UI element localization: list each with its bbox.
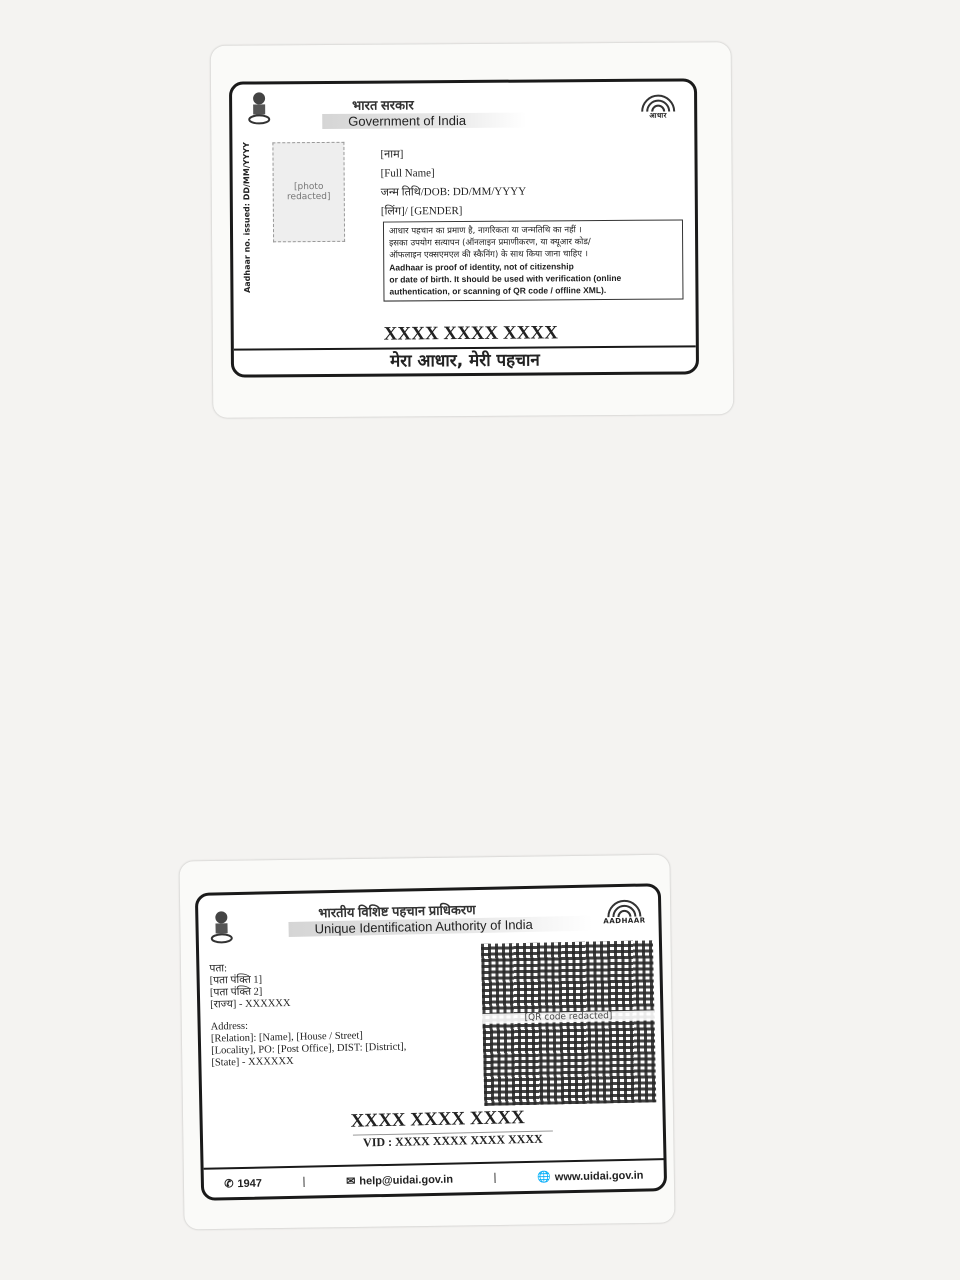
holder-details: [नाम] [Full Name] जन्म तिथि/DOB: DD/MM/Y… [380, 145, 526, 222]
header-banner: भारत सरकार Government of India [322, 95, 526, 129]
phone-icon: ✆ [224, 1178, 233, 1190]
website: 🌐www.uidai.gov.in [537, 1168, 644, 1183]
name-english: [Full Name] [381, 164, 527, 184]
issued-date-label: Aadhaar no. issued: DD/MM/YYYY [238, 142, 255, 292]
tagline: मेरा आधार, मेरी पहचान [234, 345, 696, 374]
globe-icon: 🌐 [537, 1171, 551, 1183]
name-hindi: [नाम] [380, 145, 526, 165]
aadhaar-logo-icon: आधार [636, 91, 680, 121]
date-of-birth: जन्म तिथि/DOB: DD/MM/YYYY [381, 183, 527, 203]
holder-photo: [photo redacted] [272, 142, 345, 243]
helpline: ✆1947 [224, 1176, 262, 1190]
aadhaar-logo-text: AADHAAR [602, 916, 646, 925]
aadhaar-logo-icon: AADHAAR [602, 896, 647, 927]
address-block: पता: [पता पंक्ति 1] [पता पंक्ति 2] [राज्… [209, 958, 483, 1070]
virtual-id: VID : XXXX XXXX XXXX XXXX [353, 1130, 553, 1150]
aadhaar-card-back: भारतीय विशिष्ट पहचान प्राधिकरण Unique Id… [195, 883, 667, 1201]
header-english: Government of India [322, 113, 526, 129]
aadhaar-card-front: भारत सरकार Government of India आधार Aadh… [229, 78, 699, 377]
gender: [लिंग]/ [GENDER] [381, 202, 527, 222]
validity-notice: आधार पहचान का प्रमाण है, नागरिकता या जन्… [383, 219, 684, 301]
support-email: ✉help@uidai.gov.in [346, 1172, 453, 1187]
national-emblem-icon [246, 90, 272, 126]
national-emblem-icon [208, 909, 235, 946]
notice-english-line: authentication, or scanning of QR code /… [389, 284, 677, 298]
aadhaar-number: XXXX XXXX XXXX [384, 322, 558, 345]
header-hindi: भारत सरकार [322, 95, 526, 114]
divider: | [302, 1176, 305, 1188]
contact-footer: ✆1947 | ✉help@uidai.gov.in | 🌐www.uidai.… [204, 1158, 665, 1198]
qr-placeholder-label: [QR code redacted] [482, 1010, 654, 1024]
envelope-icon: ✉ [346, 1175, 355, 1187]
aadhaar-number: XXXX XXXX XXXX [350, 1107, 525, 1133]
header-banner: भारतीय विशिष्ट पहचान प्राधिकरण Unique Id… [288, 898, 593, 937]
divider: | [493, 1172, 496, 1184]
aadhaar-logo-text: आधार [636, 111, 680, 120]
qr-code: [QR code redacted] [481, 940, 656, 1106]
